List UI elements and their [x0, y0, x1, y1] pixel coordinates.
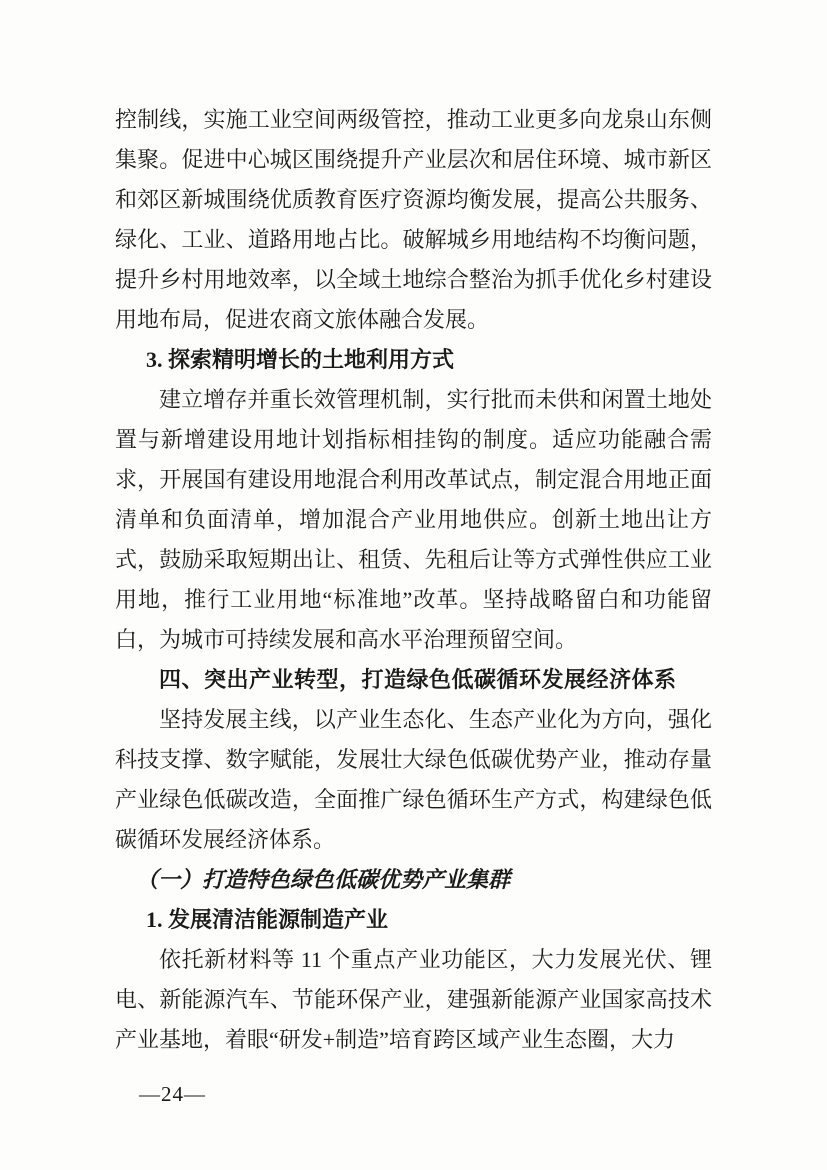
heading-subsection-one-industry-cluster: （一）打造特色绿色低碳优势产业集群 — [115, 860, 712, 900]
paragraph-clean-energy-manufacturing: 依托新材料等 11 个重点产业功能区，大力发展光伏、锂电、新能源汽车、节能环保产… — [115, 940, 712, 1060]
paragraph-industrial-space-control: 控制线，实施工业空间两级管控，推动工业更多向龙泉山东侧集聚。促进中心城区围绕提升… — [115, 100, 712, 340]
document-body: 控制线，实施工业空间两级管控，推动工业更多向龙泉山东侧集聚。促进中心城区围绕提升… — [115, 100, 712, 1060]
heading-section-four-industry-transformation: 四、突出产业转型，打造绿色低碳循环发展经济体系 — [115, 660, 712, 700]
page-number: —24— — [139, 1080, 206, 1108]
paragraph-green-low-carbon-economy: 坚持发展主线，以产业生态化、生态产业化为方向，强化科技支撑、数字赋能，发展壮大绿… — [115, 700, 712, 860]
paragraph-smart-growth-land-use: 建立增存并重长效管理机制，实行批而未供和闲置土地处置与新增建设用地计划指标相挂钩… — [115, 380, 712, 660]
document-page: 控制线，实施工业空间两级管控，推动工业更多向龙泉山东侧集聚。促进中心城区围绕提升… — [0, 0, 827, 1170]
heading-clean-energy-manufacturing: 1. 发展清洁能源制造产业 — [115, 900, 712, 940]
heading-smart-growth-land-use: 3. 探索精明增长的土地利用方式 — [115, 340, 712, 380]
